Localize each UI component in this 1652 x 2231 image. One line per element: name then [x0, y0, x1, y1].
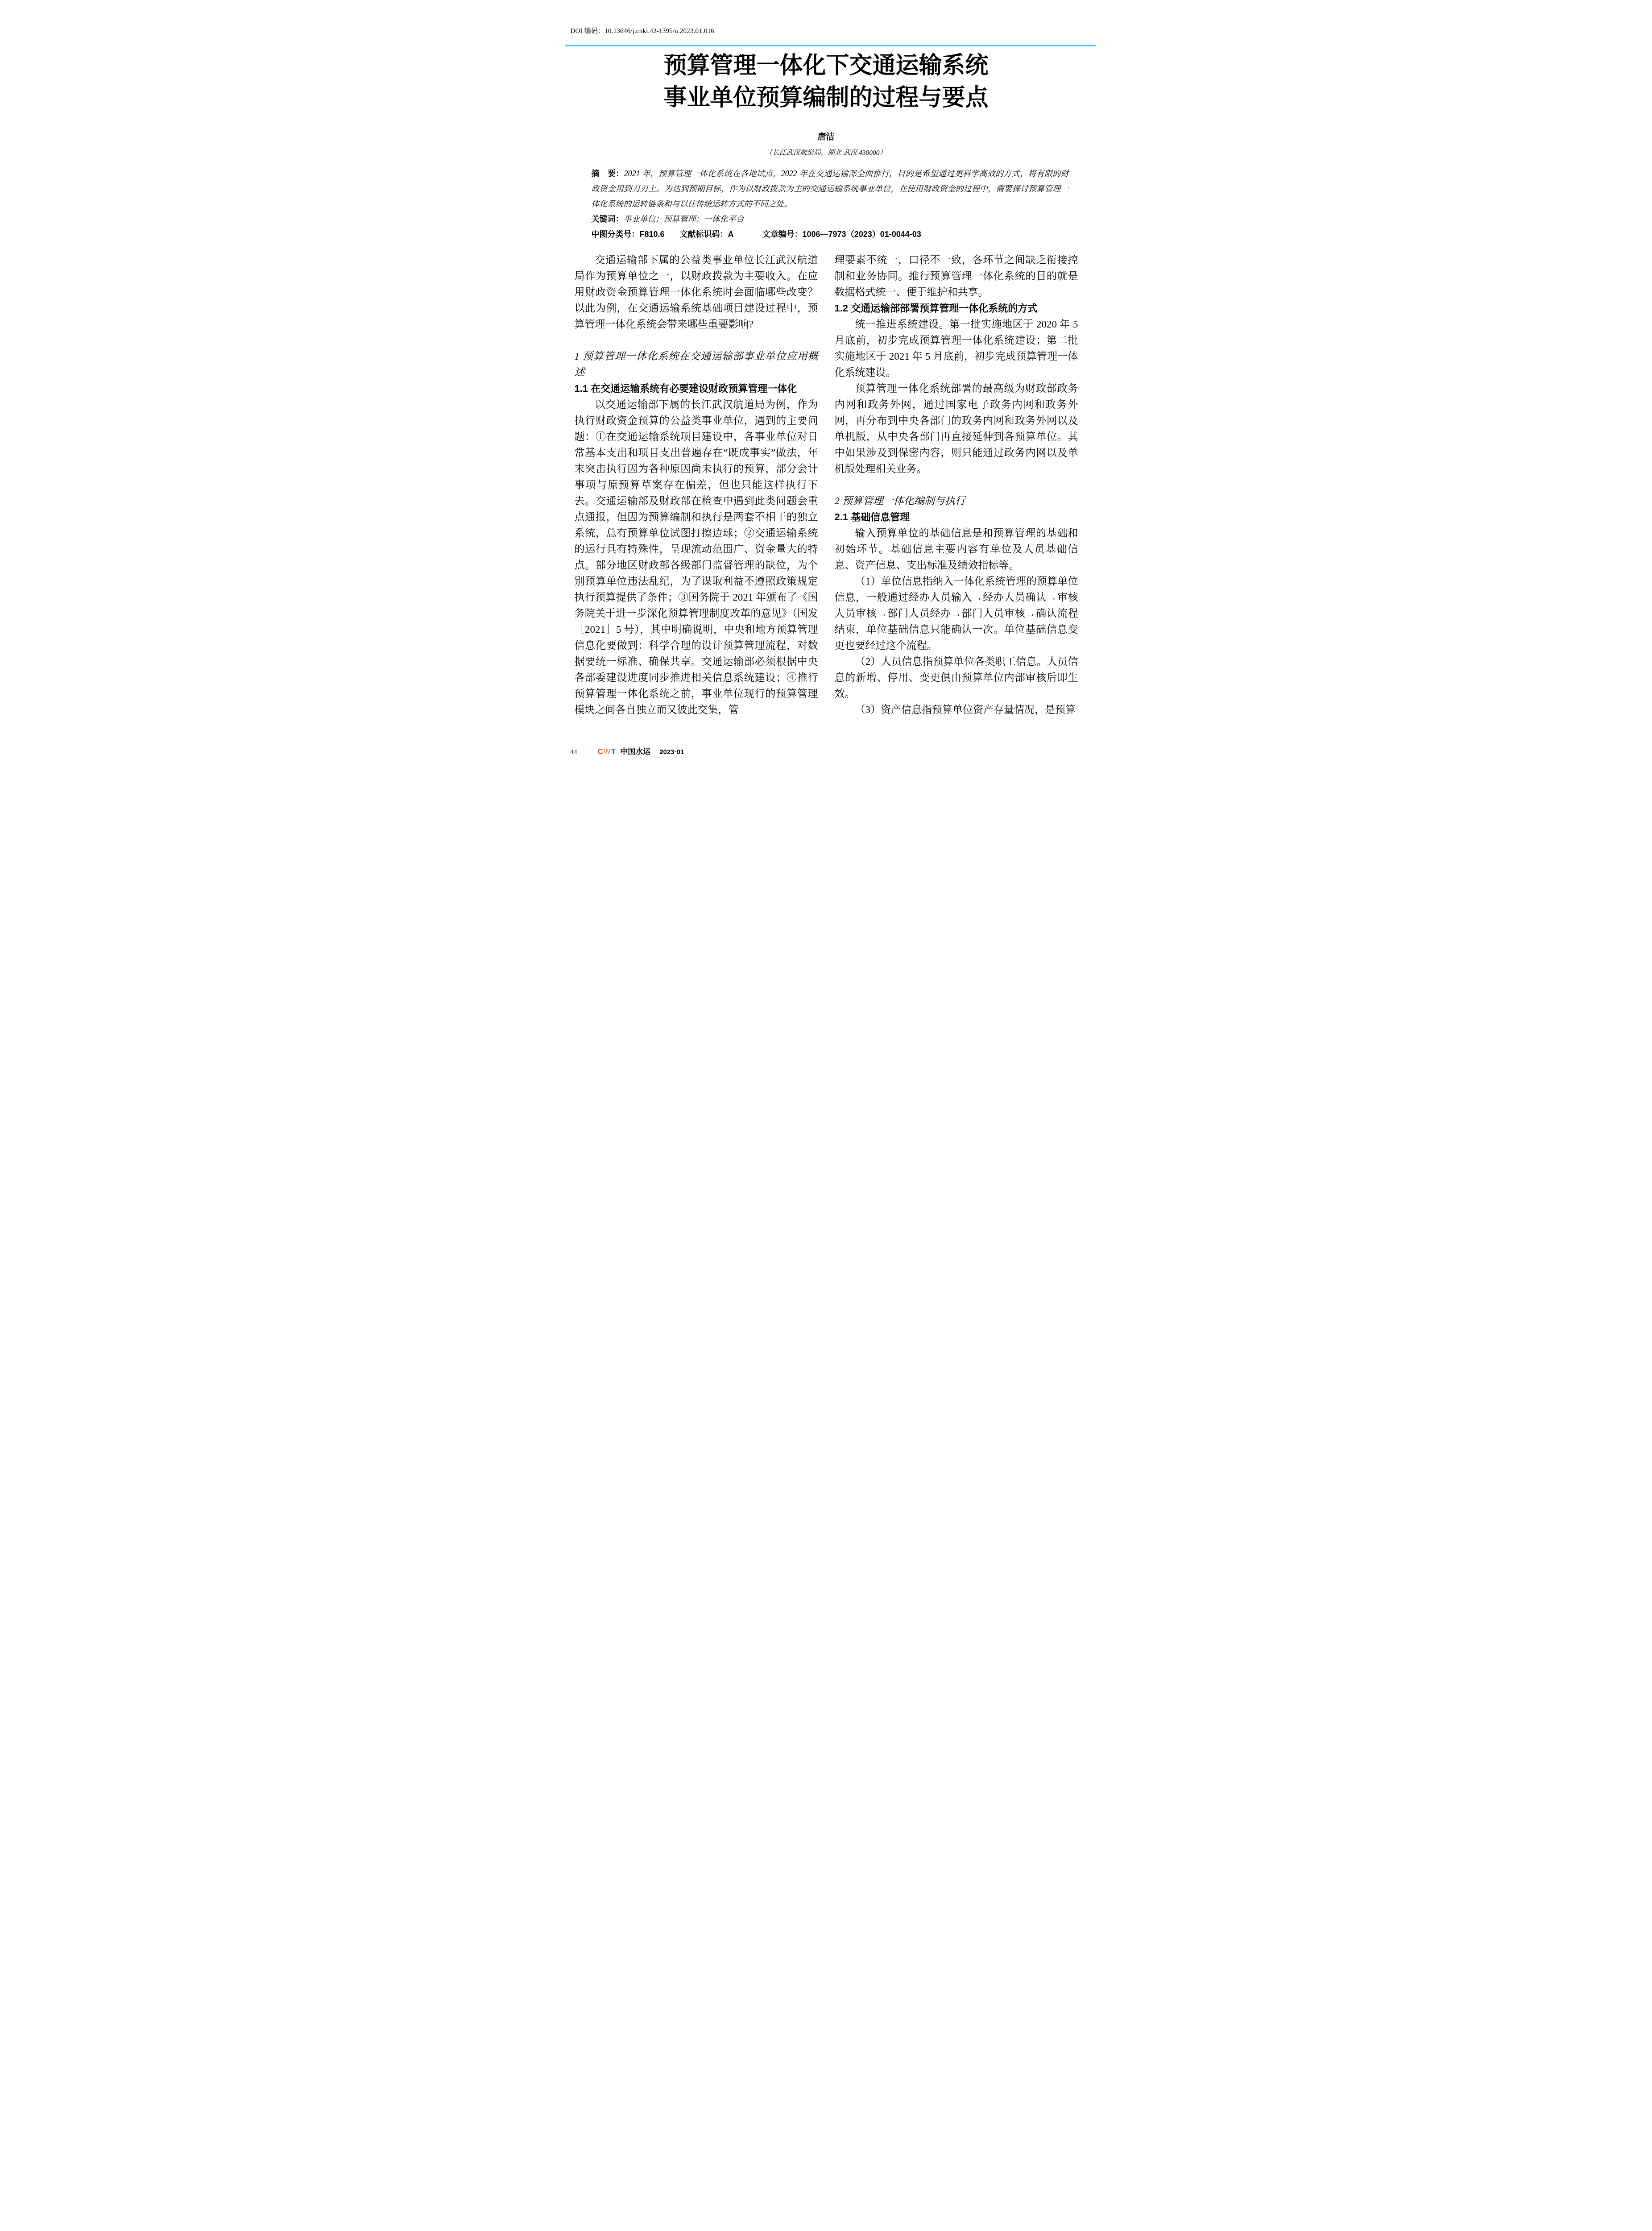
paragraph-section-2-1-a: 输入预算单位的基础信息是和预算管理的基础和初始环节。基础信息主要内容有单位及人员… — [835, 525, 1078, 573]
section-heading-1: 1 预算管理一体化系统在交通运输部事业单位应用概述 — [575, 348, 818, 381]
keywords: 关键词：事业单位；预算管理；一体化平台 — [592, 211, 1069, 227]
article-id-value: 1006—7973（2023）01-0044-03 — [803, 230, 921, 239]
clc-label: 中图分类号： — [592, 230, 640, 239]
header-rule — [565, 45, 1096, 46]
paragraph-section-1-2-b: 预算管理一体化系统部署的最高级为财政部政务内网和政务外网，通过国家电子政务内网和… — [835, 381, 1078, 477]
vertical-space — [835, 477, 1078, 493]
journal-logo-letter-c: C — [598, 747, 604, 756]
article-meta: 摘 要：2021 年，预算管理一体化系统在各地试点，2022 年在交通运输部全面… — [592, 166, 1069, 242]
abstract-label: 摘 要： — [592, 169, 624, 178]
classification-row: 中图分类号：F810.6文献标识码：A文章编号：1006—7973（2023）0… — [592, 227, 1069, 242]
journal-name: 中国水运 — [620, 745, 650, 756]
journal-logo-cwt: CWT — [598, 747, 617, 756]
paragraph-section-2-1-d: （3）资产信息指预算单位资产存量情况，是预算 — [835, 702, 1078, 718]
section-heading-2: 2 预算管理一体化编制与执行 — [835, 493, 1078, 509]
right-column: 理要素不统一，口径不一致，各环节之间缺乏衔接控制和业务协同。推行预算管理一体化系… — [835, 252, 1078, 718]
paragraph-section-1-1: 以交通运输部下属的长江武汉航道局为例，作为执行财政资金预算的公益类事业单位，遇到… — [575, 397, 818, 718]
vertical-space — [575, 332, 818, 348]
journal-article-page: DOI 编码：10.13646/j.cnki.42-1395/u.2023.01… — [537, 0, 1115, 785]
paragraph-section-2-1-b: （1）单位信息指纳入一体化系统管理的预算单位信息，一般通过经办人员输入→经办人员… — [835, 573, 1078, 654]
body-columns: 交通运输部下属的公益类事业单位长江武汉航道局作为预算单位之一，以财政拨款为主要收… — [575, 252, 1078, 718]
journal-logo-letter-t: T — [611, 747, 616, 756]
article-title-line-2: 事业单位预算编制的过程与要点 — [537, 82, 1115, 114]
page-footer: 44 CWT 中国水运 2023·01 — [571, 745, 684, 756]
keywords-text: 事业单位；预算管理；一体化平台 — [624, 215, 744, 224]
journal-logo-letter-w: W — [604, 747, 611, 756]
subsection-heading-1-1: 1.1 在交通运输系统有必要建设财政预算管理一体化 — [575, 381, 818, 397]
author-affiliation: （长江武汉航道局，湖北 武汉 430000） — [537, 147, 1115, 157]
doc-code-value: A — [728, 230, 734, 239]
paragraph-section-2-1-c: （2）人员信息指预算单位各类职工信息。人员信息的新增、停用、变更俱由预算单位内部… — [835, 654, 1078, 702]
abstract: 摘 要：2021 年，预算管理一体化系统在各地试点，2022 年在交通运输部全面… — [592, 166, 1069, 211]
footer-page-number: 44 — [571, 749, 577, 756]
paragraph-section-1-2-a: 统一推进系统建设。第一批实施地区于 2020 年 5 月底前，初步完成预算管理一… — [835, 316, 1078, 381]
paragraph-intro: 交通运输部下属的公益类事业单位长江武汉航道局作为预算单位之一，以财政拨款为主要收… — [575, 252, 818, 332]
doc-code-label: 文献标识码： — [680, 230, 728, 239]
article-title-line-1: 预算管理一体化下交通运输系统 — [537, 50, 1115, 82]
subsection-heading-2-1: 2.1 基础信息管理 — [835, 509, 1078, 525]
author-name: 唐洁 — [537, 130, 1115, 142]
article-title: 预算管理一体化下交通运输系统 事业单位预算编制的过程与要点 — [537, 50, 1115, 114]
article-id-label: 文章编号： — [762, 230, 803, 239]
left-column: 交通运输部下属的公益类事业单位长江武汉航道局作为预算单位之一，以财政拨款为主要收… — [575, 252, 818, 718]
doi-line: DOI 编码：10.13646/j.cnki.42-1395/u.2023.01… — [571, 26, 715, 35]
abstract-text: 2021 年，预算管理一体化系统在各地试点，2022 年在交通运输部全面推行，目… — [592, 169, 1069, 208]
keywords-label: 关键词： — [592, 215, 624, 224]
journal-issue: 2023·01 — [659, 748, 684, 756]
clc-value: F810.6 — [640, 230, 665, 239]
paragraph-continuation: 理要素不统一，口径不一致，各环节之间缺乏衔接控制和业务协同。推行预算管理一体化系… — [835, 252, 1078, 300]
subsection-heading-1-2: 1.2 交通运输部部署预算管理一体化系统的方式 — [835, 300, 1078, 316]
